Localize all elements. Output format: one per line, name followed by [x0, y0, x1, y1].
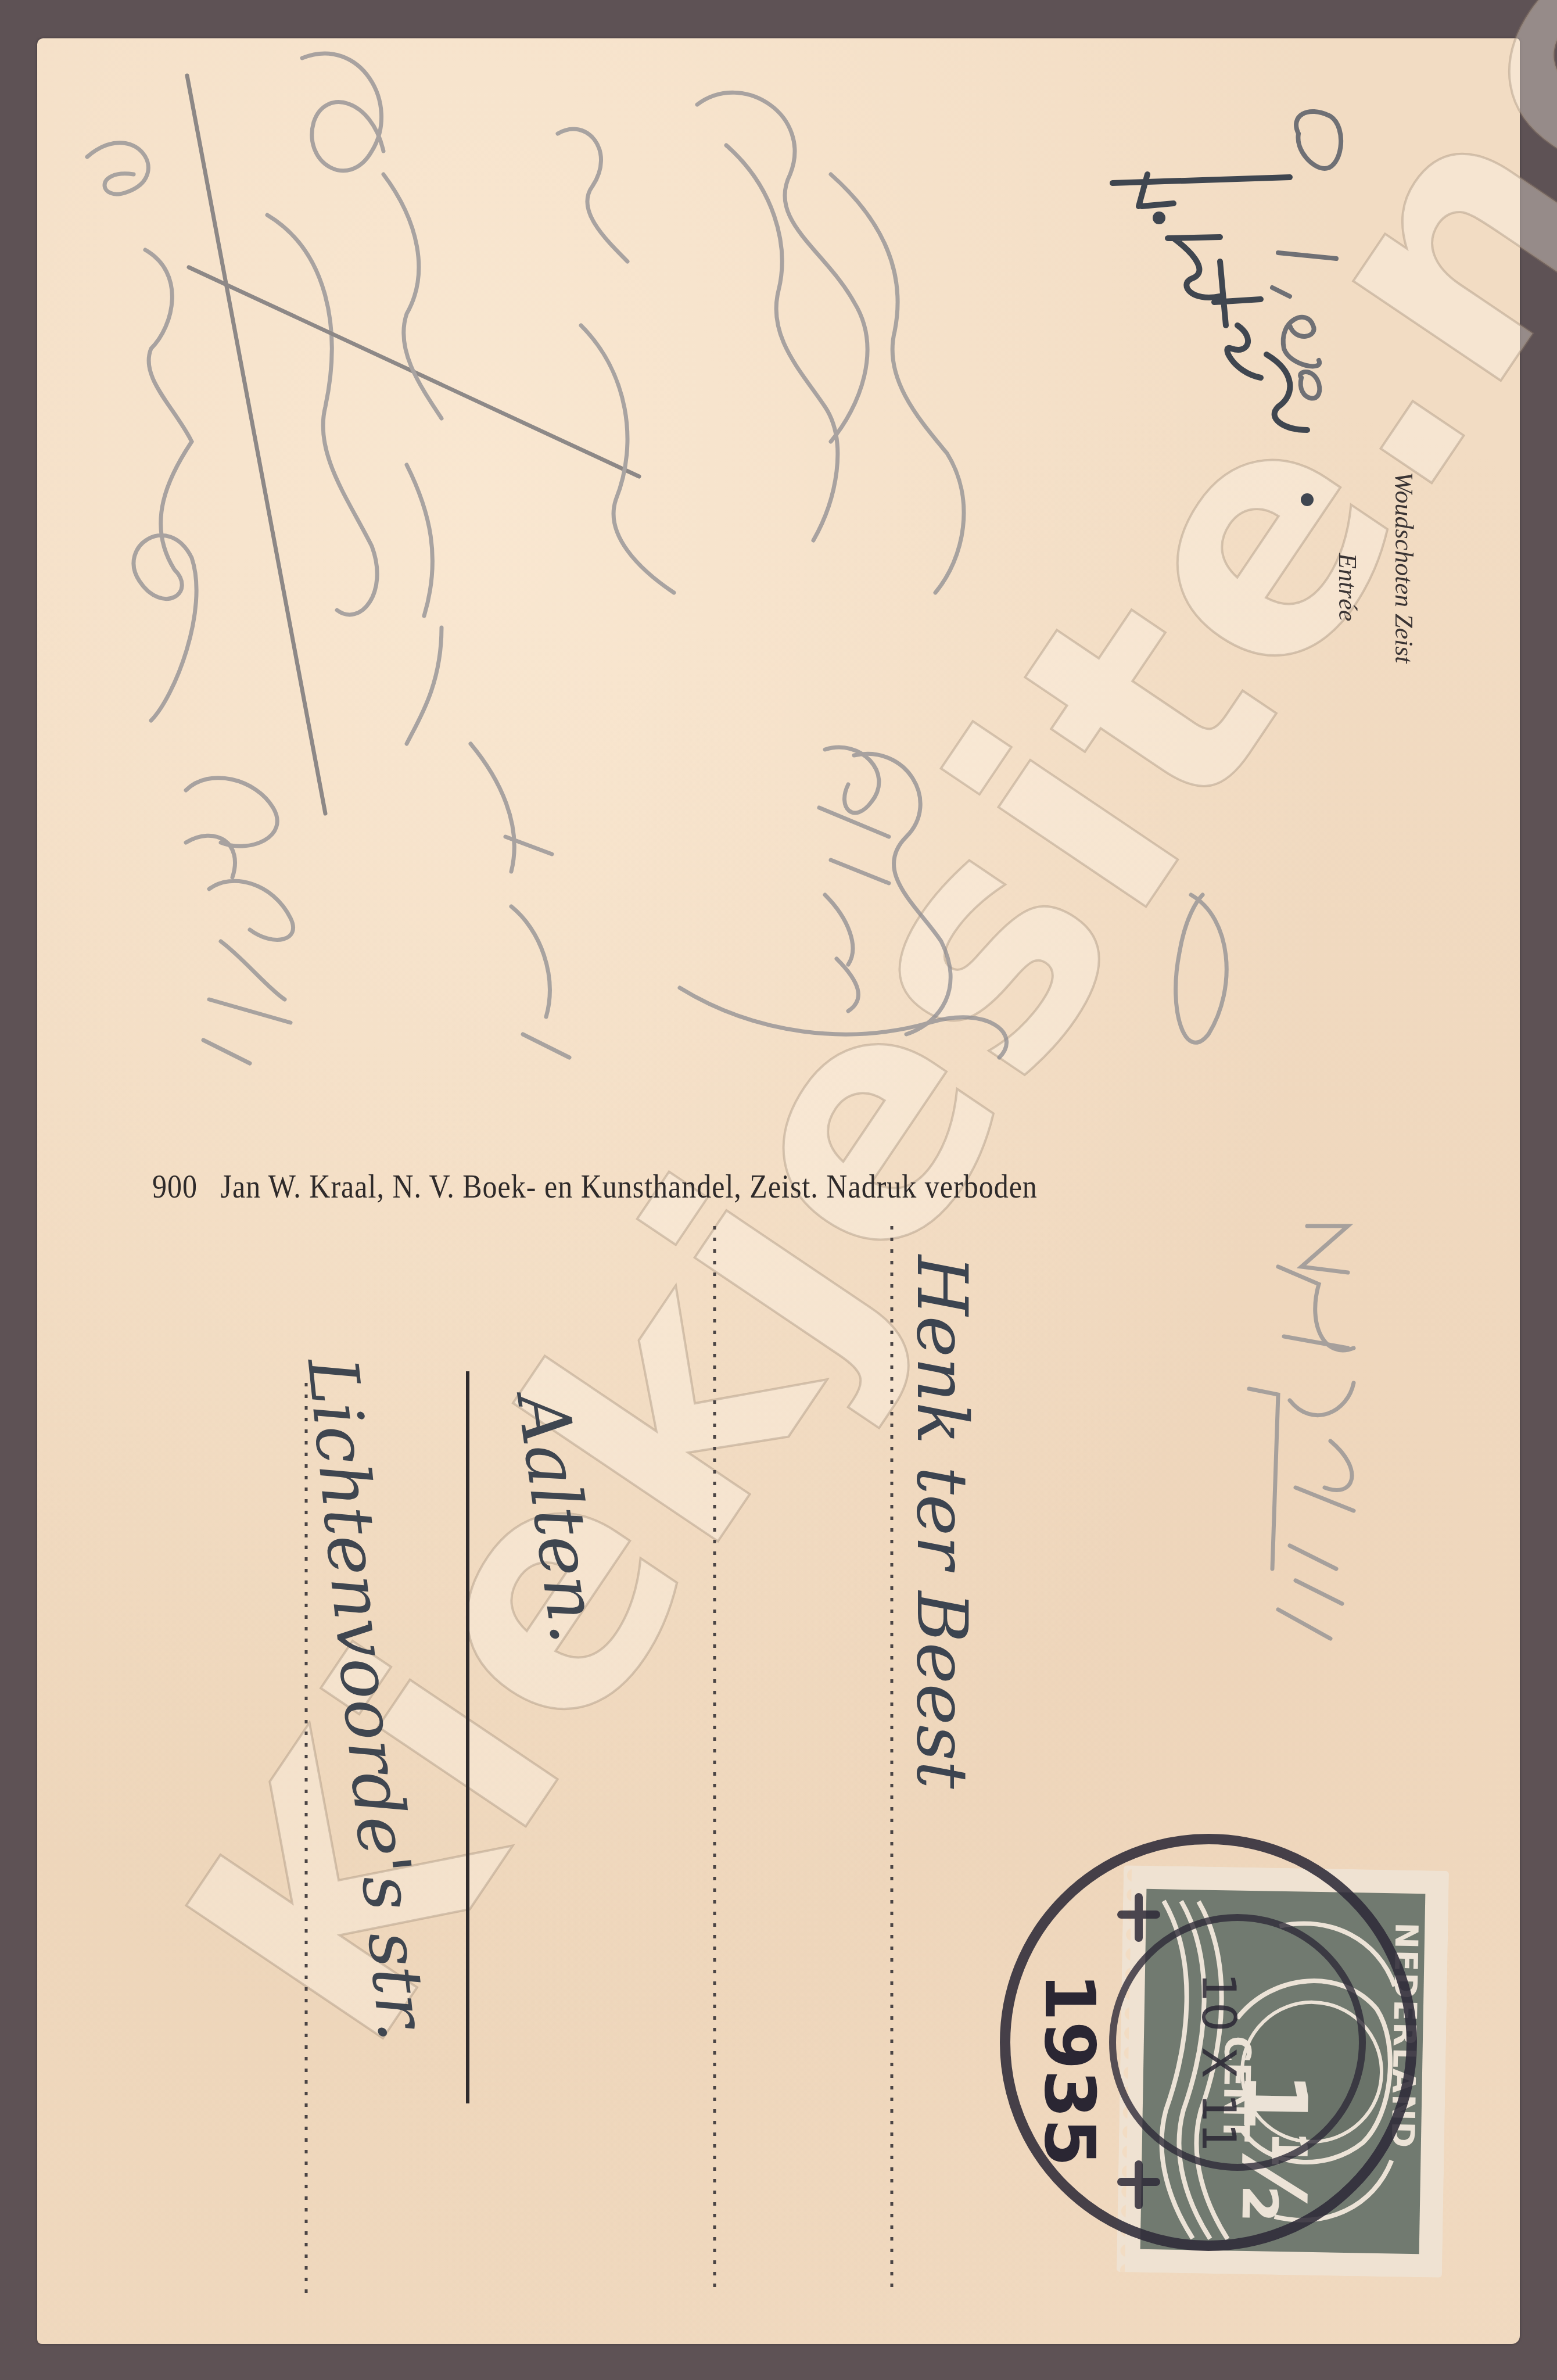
publisher-line: 900 Jan W. Kraal, N. V. Boek- en Kunstha…: [152, 1167, 1038, 1206]
recipient-name: Henk ter Beest: [901, 1255, 982, 1789]
card-number: 900: [152, 1167, 198, 1205]
caption-subtitle: Entrée: [1333, 553, 1362, 621]
postmark: 1935 10 X 11: [988, 1822, 1429, 2263]
postmark-date: 10 X 11: [1192, 1973, 1246, 2152]
postmark-year: 1935: [1029, 1973, 1110, 2167]
caption-title: Woudschoten Zeist: [1389, 472, 1419, 664]
publisher-text: Jan W. Kraal, N. V. Boek- en Kunsthandel…: [221, 1167, 1038, 1205]
